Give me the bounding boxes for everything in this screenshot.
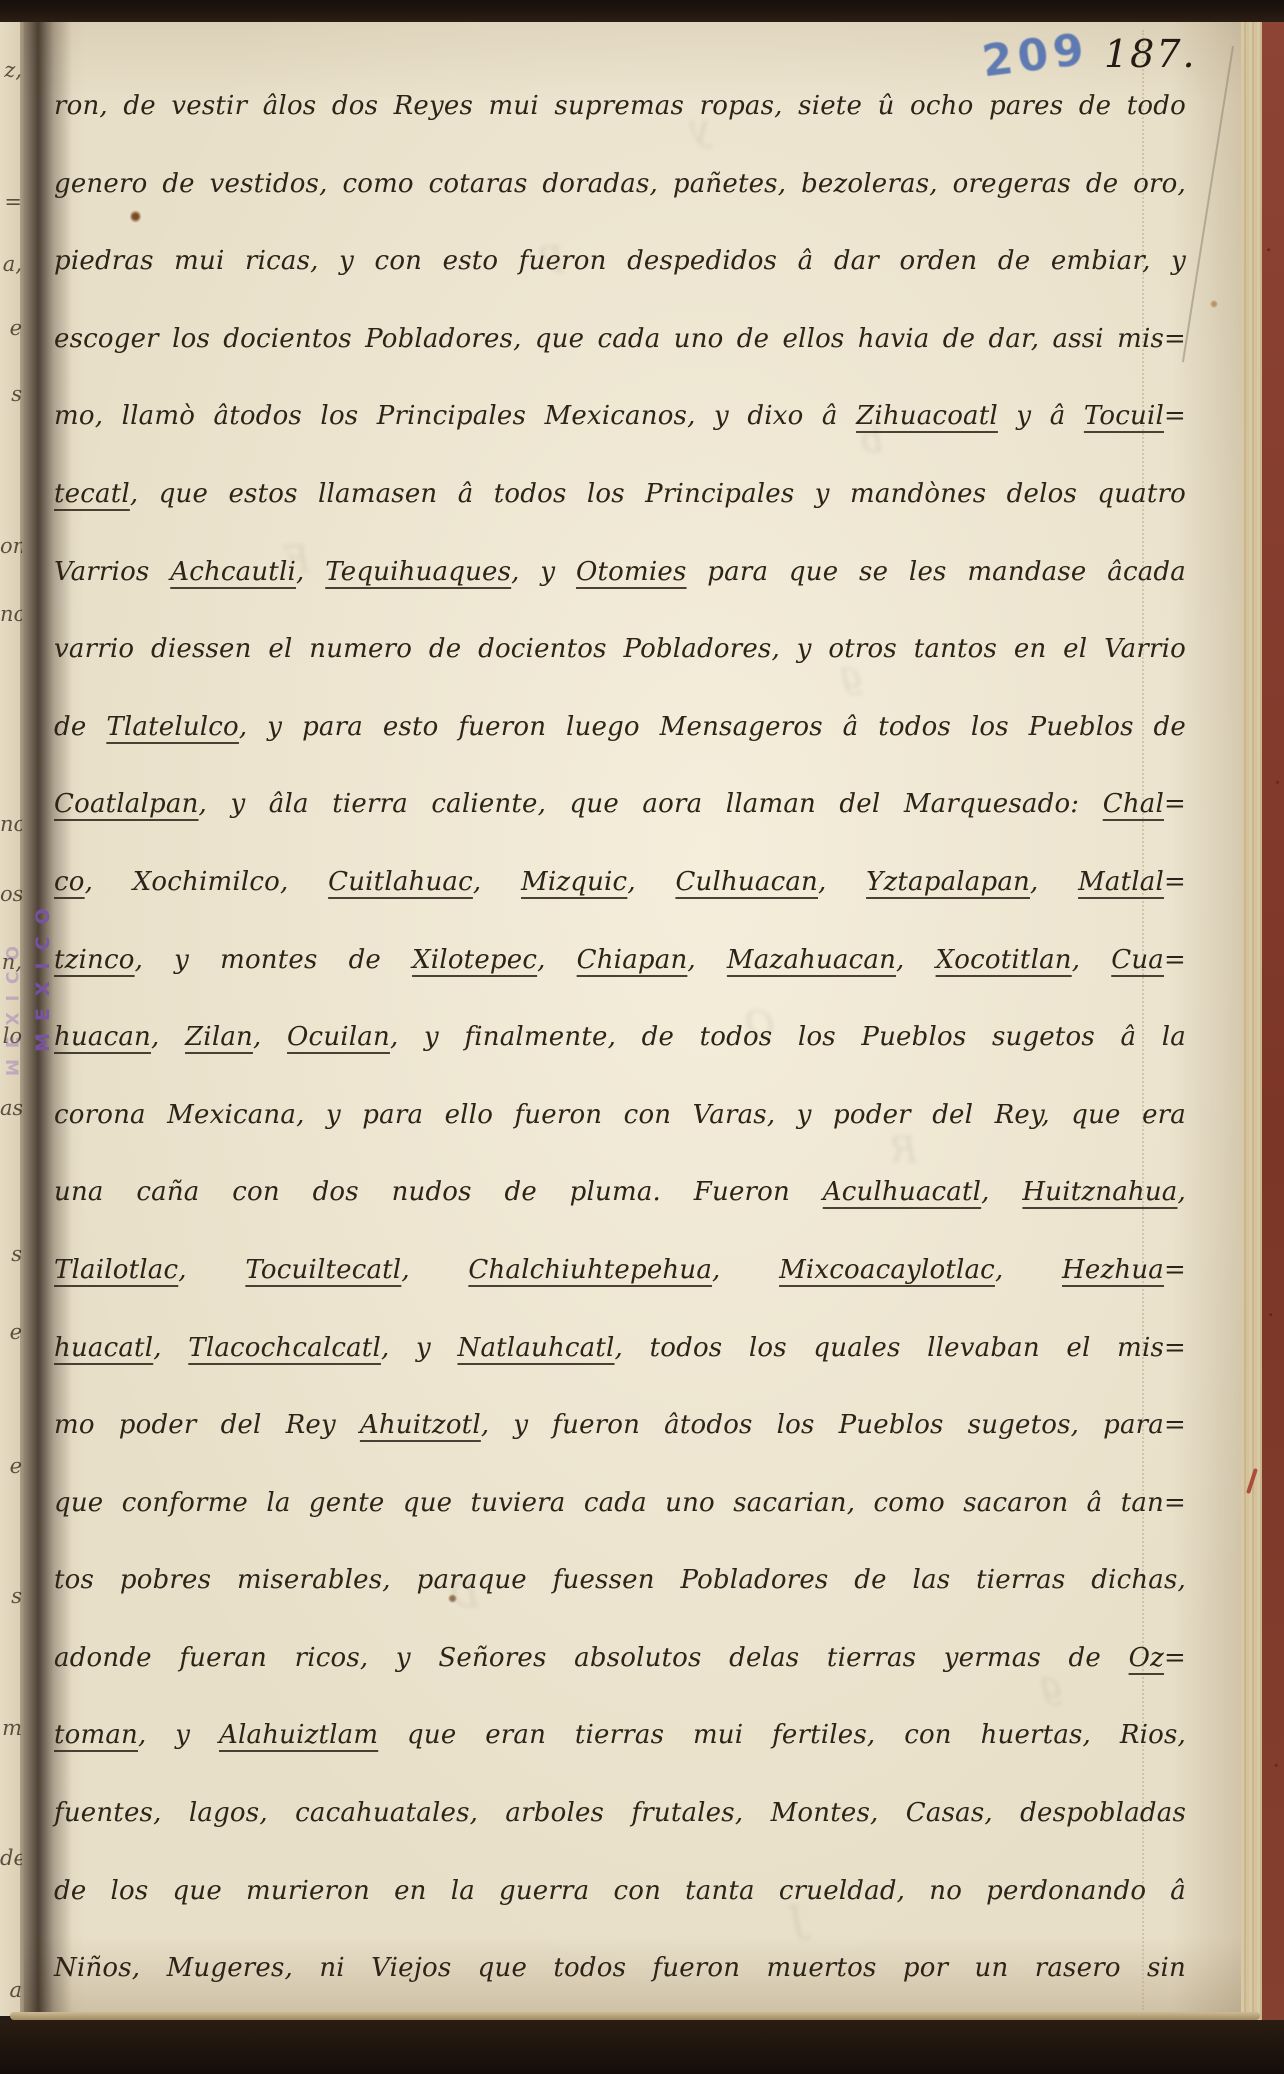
page-bottom-edge: [10, 2012, 1260, 2020]
text-segment: y â: [998, 401, 1084, 431]
manuscript-line: tos pobres miserables, paraque fuessen P…: [54, 1542, 1186, 1620]
text-segment: =: [1164, 1255, 1186, 1285]
text-segment: ,: [151, 1022, 185, 1052]
facing-page-text-fragment: de: [0, 1846, 22, 1870]
paper-stain: [1210, 300, 1218, 308]
manuscript-line: tzinco, y montes de Xilotepec, Chiapan, …: [54, 922, 1186, 1000]
underlined-name: Cuitlahuac: [328, 867, 473, 897]
facing-page-text-fragment: s: [0, 1584, 22, 1608]
underlined-name: Natlauhcatl: [458, 1333, 615, 1363]
text-segment: mo poder del Rey: [54, 1410, 360, 1440]
text-segment: genero de vestidos, como cotaras doradas…: [54, 169, 1186, 199]
text-segment: ,: [401, 1255, 468, 1285]
text-segment: , y montes de: [135, 945, 412, 975]
manuscript-line: mo, llamò âtodos los Principales Mexican…: [54, 378, 1186, 456]
underlined-name: huacan: [54, 1022, 151, 1052]
facing-page-text-fragment: as: [0, 1096, 22, 1120]
facing-page-text-fragment: e: [0, 1454, 22, 1478]
manuscript-line: adonde fueran ricos, y Señores absolutos…: [54, 1620, 1186, 1698]
underlined-name: Otomies: [576, 557, 687, 587]
text-segment: =: [1164, 789, 1186, 819]
manuscript-line: fuentes, lagos, cacahuatales, arboles fr…: [54, 1775, 1186, 1853]
text-segment: ,: [995, 1255, 1062, 1285]
manuscript-line: tecatl, que estos llamasen â todos los P…: [54, 456, 1186, 534]
manuscript-line: corona Mexicana, y para ello fueron con …: [54, 1077, 1186, 1155]
text-segment: =: [1164, 867, 1186, 897]
binding-top: [0, 0, 1284, 22]
underlined-name: Chal: [1103, 789, 1164, 819]
underlined-name: Chalchiuhtepehua: [468, 1255, 712, 1285]
text-segment: ron, de vestir âlos dos Reyes mui suprem…: [54, 91, 1186, 121]
facing-page-text-fragment: s: [0, 382, 22, 406]
text-segment: mo, llamò âtodos los Principales Mexican…: [54, 401, 856, 431]
text-segment: para que se les mandase âcada: [687, 557, 1186, 587]
text-segment: =: [1164, 945, 1186, 975]
underlined-name: Xilotepec: [412, 945, 537, 975]
underlined-name: toman: [54, 1720, 138, 1750]
text-segment: , y: [381, 1333, 458, 1363]
book-photograph: { "document": { "type": "manuscript-page…: [0, 0, 1284, 2074]
text-segment: fuentes, lagos, cacahuatales, arboles fr…: [54, 1798, 1186, 1828]
folio-page-number: 187.: [1104, 32, 1197, 76]
text-segment: ,: [981, 1177, 1022, 1207]
text-segment: ,: [818, 867, 866, 897]
underlined-name: Chiapan: [577, 945, 688, 975]
underlined-name: Tlailotlac: [54, 1255, 178, 1285]
underlined-name: Zilan: [185, 1022, 253, 1052]
underlined-name: Tlacochcalcatl: [188, 1333, 381, 1363]
text-block: ron, de vestir âlos dos Reyes mui suprem…: [54, 68, 1186, 2008]
underlined-name: Ocuilan: [287, 1022, 390, 1052]
underlined-name: Huitznahua: [1022, 1177, 1177, 1207]
manuscript-line: una caña con dos nudos de pluma. Fueron …: [54, 1154, 1186, 1232]
underlined-name: Mazahuacan: [727, 945, 896, 975]
facing-page-text-fragment: no: [0, 812, 22, 836]
text-segment: =: [1164, 1643, 1186, 1673]
ownership-stamp: MEXICO: [32, 842, 54, 1052]
facing-page-text-fragment: e: [0, 316, 22, 340]
manuscript-line: escoger los docientos Pobladores, que ca…: [54, 301, 1186, 379]
text-segment: de: [54, 712, 106, 742]
text-segment: , y: [138, 1720, 219, 1750]
underlined-name: Alahuiztlam: [219, 1720, 378, 1750]
underlined-name: Ahuitzotl: [360, 1410, 481, 1440]
manuscript-line: huacatl, Tlacochcalcatl, y Natlauhcatl, …: [54, 1310, 1186, 1388]
text-segment: ,: [537, 945, 577, 975]
book-fore-edge-red: [1262, 4, 1284, 2052]
text-segment: ,: [178, 1255, 245, 1285]
text-segment: ,: [1072, 945, 1112, 975]
underlined-name: Hezhua: [1062, 1255, 1164, 1285]
facing-page-text-fragment: =: [0, 190, 22, 214]
text-segment: , y fueron âtodos los Pueblos sugetos, p…: [481, 1410, 1186, 1440]
underlined-name: Oz: [1129, 1643, 1164, 1673]
facing-page-text-fragment: e: [0, 1320, 22, 1344]
facing-page-text-fragment: on: [0, 534, 22, 558]
underlined-name: Matlal: [1078, 867, 1164, 897]
text-segment: ,: [253, 1022, 287, 1052]
text-segment: ,: [712, 1255, 779, 1285]
text-segment: , y âla tierra caliente, que aora llaman…: [199, 789, 1103, 819]
manuscript-line: Niños, Mugeres, ni Viejos que todos fuer…: [54, 1930, 1186, 2008]
text-segment: , todos los quales llevaban el mis=: [615, 1333, 1186, 1363]
underlined-name: tecatl: [54, 479, 130, 509]
manuscript-line: Coatlalpan, y âla tierra caliente, que a…: [54, 766, 1186, 844]
text-segment: ,: [473, 867, 521, 897]
text-segment: ,: [296, 557, 325, 587]
text-segment: escoger los docientos Pobladores, que ca…: [54, 324, 1186, 354]
text-segment: ,: [627, 867, 675, 897]
text-segment: adonde fueran ricos, y Señores absolutos…: [54, 1643, 1129, 1673]
underlined-name: Culhuacan: [675, 867, 818, 897]
text-segment: , y finalmente, de todos los Pueblos sug…: [390, 1022, 1186, 1052]
underlined-name: Tocuiltecatl: [245, 1255, 401, 1285]
underlined-name: tzinco: [54, 945, 135, 975]
facing-page-text-fragment: m: [0, 1716, 22, 1740]
text-segment: , Xochimilco,: [85, 867, 329, 897]
manuscript-line: Tlailotlac, Tocuiltecatl, Chalchiuhtepeh…: [54, 1232, 1186, 1310]
ownership-stamp-mirror: MEXICO: [1, 866, 21, 1076]
facing-page-text-fragment: a,: [0, 252, 22, 276]
text-segment: ,: [1030, 867, 1078, 897]
underlined-name: Achcautli: [170, 557, 296, 587]
text-segment: corona Mexicana, y para ello fueron con …: [54, 1100, 1186, 1130]
underlined-name: Xocotitlan: [936, 945, 1072, 975]
manuscript-line: toman, y Alahuiztlam que eran tierras mu…: [54, 1697, 1186, 1775]
text-segment: , que estos llamasen â todos los Princip…: [130, 479, 1186, 509]
manuscript-line: piedras mui ricas, y con esto fueron des…: [54, 223, 1186, 301]
underlined-name: Aculhuacatl: [823, 1177, 981, 1207]
manuscript-line: co, Xochimilco, Cuitlahuac, Mizquic, Cul…: [54, 844, 1186, 922]
underlined-name: huacatl: [54, 1333, 153, 1363]
text-segment: una caña con dos nudos de pluma. Fueron: [54, 1177, 823, 1207]
facing-page-text-fragment: z,: [0, 58, 22, 82]
manuscript-line: genero de vestidos, como cotaras doradas…: [54, 146, 1186, 224]
underlined-name: Mizquic: [521, 867, 627, 897]
text-segment: piedras mui ricas, y con esto fueron des…: [54, 246, 1186, 276]
text-segment: que eran tierras mui fertiles, con huert…: [378, 1720, 1186, 1750]
text-segment: varrio diessen el numero de docientos Po…: [54, 634, 1186, 664]
text-segment: tos pobres miserables, paraque fuessen P…: [54, 1565, 1186, 1595]
underlined-name: Yztapalapan: [866, 867, 1030, 897]
text-segment: ,: [153, 1333, 188, 1363]
text-segment: , y para esto fueron luego Mensageros â …: [239, 712, 1186, 742]
text-segment: de los que murieron en la guerra con tan…: [54, 1876, 1186, 1906]
facing-page-text-fragment: a: [0, 1978, 22, 2002]
text-segment: ,: [896, 945, 936, 975]
text-segment: =: [1164, 401, 1186, 431]
book-fore-edge: [1241, 8, 1262, 2046]
underlined-name: Mixcoacaylotlac: [779, 1255, 995, 1285]
manuscript-line: huacan, Zilan, Ocuilan, y finalmente, de…: [54, 999, 1186, 1077]
underlined-name: Tlatelulco: [106, 712, 239, 742]
manuscript-line: mo poder del Rey Ahuitzotl, y fueron âto…: [54, 1387, 1186, 1465]
text-segment: ,: [687, 945, 727, 975]
manuscript-line: varrio diessen el numero de docientos Po…: [54, 611, 1186, 689]
text-segment: ,: [1178, 1177, 1186, 1207]
manuscript-line: de Tlatelulco, y para esto fueron luego …: [54, 689, 1186, 767]
text-segment: que conforme la gente que tuviera cada u…: [54, 1488, 1186, 1518]
underlined-name: Tocuil: [1084, 401, 1164, 431]
underlined-name: Tequihuaques: [325, 557, 511, 587]
manuscript-line: de los que murieron en la guerra con tan…: [54, 1853, 1186, 1931]
manuscript-line: que conforme la gente que tuviera cada u…: [54, 1465, 1186, 1543]
underlined-name: Coatlalpan: [54, 789, 199, 819]
binding-bottom: [0, 2020, 1284, 2074]
underlined-name: co: [54, 867, 85, 897]
facing-page-text-fragment: no: [0, 602, 22, 626]
underlined-name: Cua: [1111, 945, 1164, 975]
text-segment: , y: [511, 557, 576, 587]
underlined-name: Zihuacoatl: [856, 401, 998, 431]
text-segment: Varrios: [54, 557, 170, 587]
text-segment: Niños, Mugeres, ni Viejos que todos fuer…: [54, 1953, 1186, 1983]
manuscript-line: Varrios Achcautli, Tequihuaques, y Otomi…: [54, 534, 1186, 612]
facing-page-text-fragment: s: [0, 1242, 22, 1266]
